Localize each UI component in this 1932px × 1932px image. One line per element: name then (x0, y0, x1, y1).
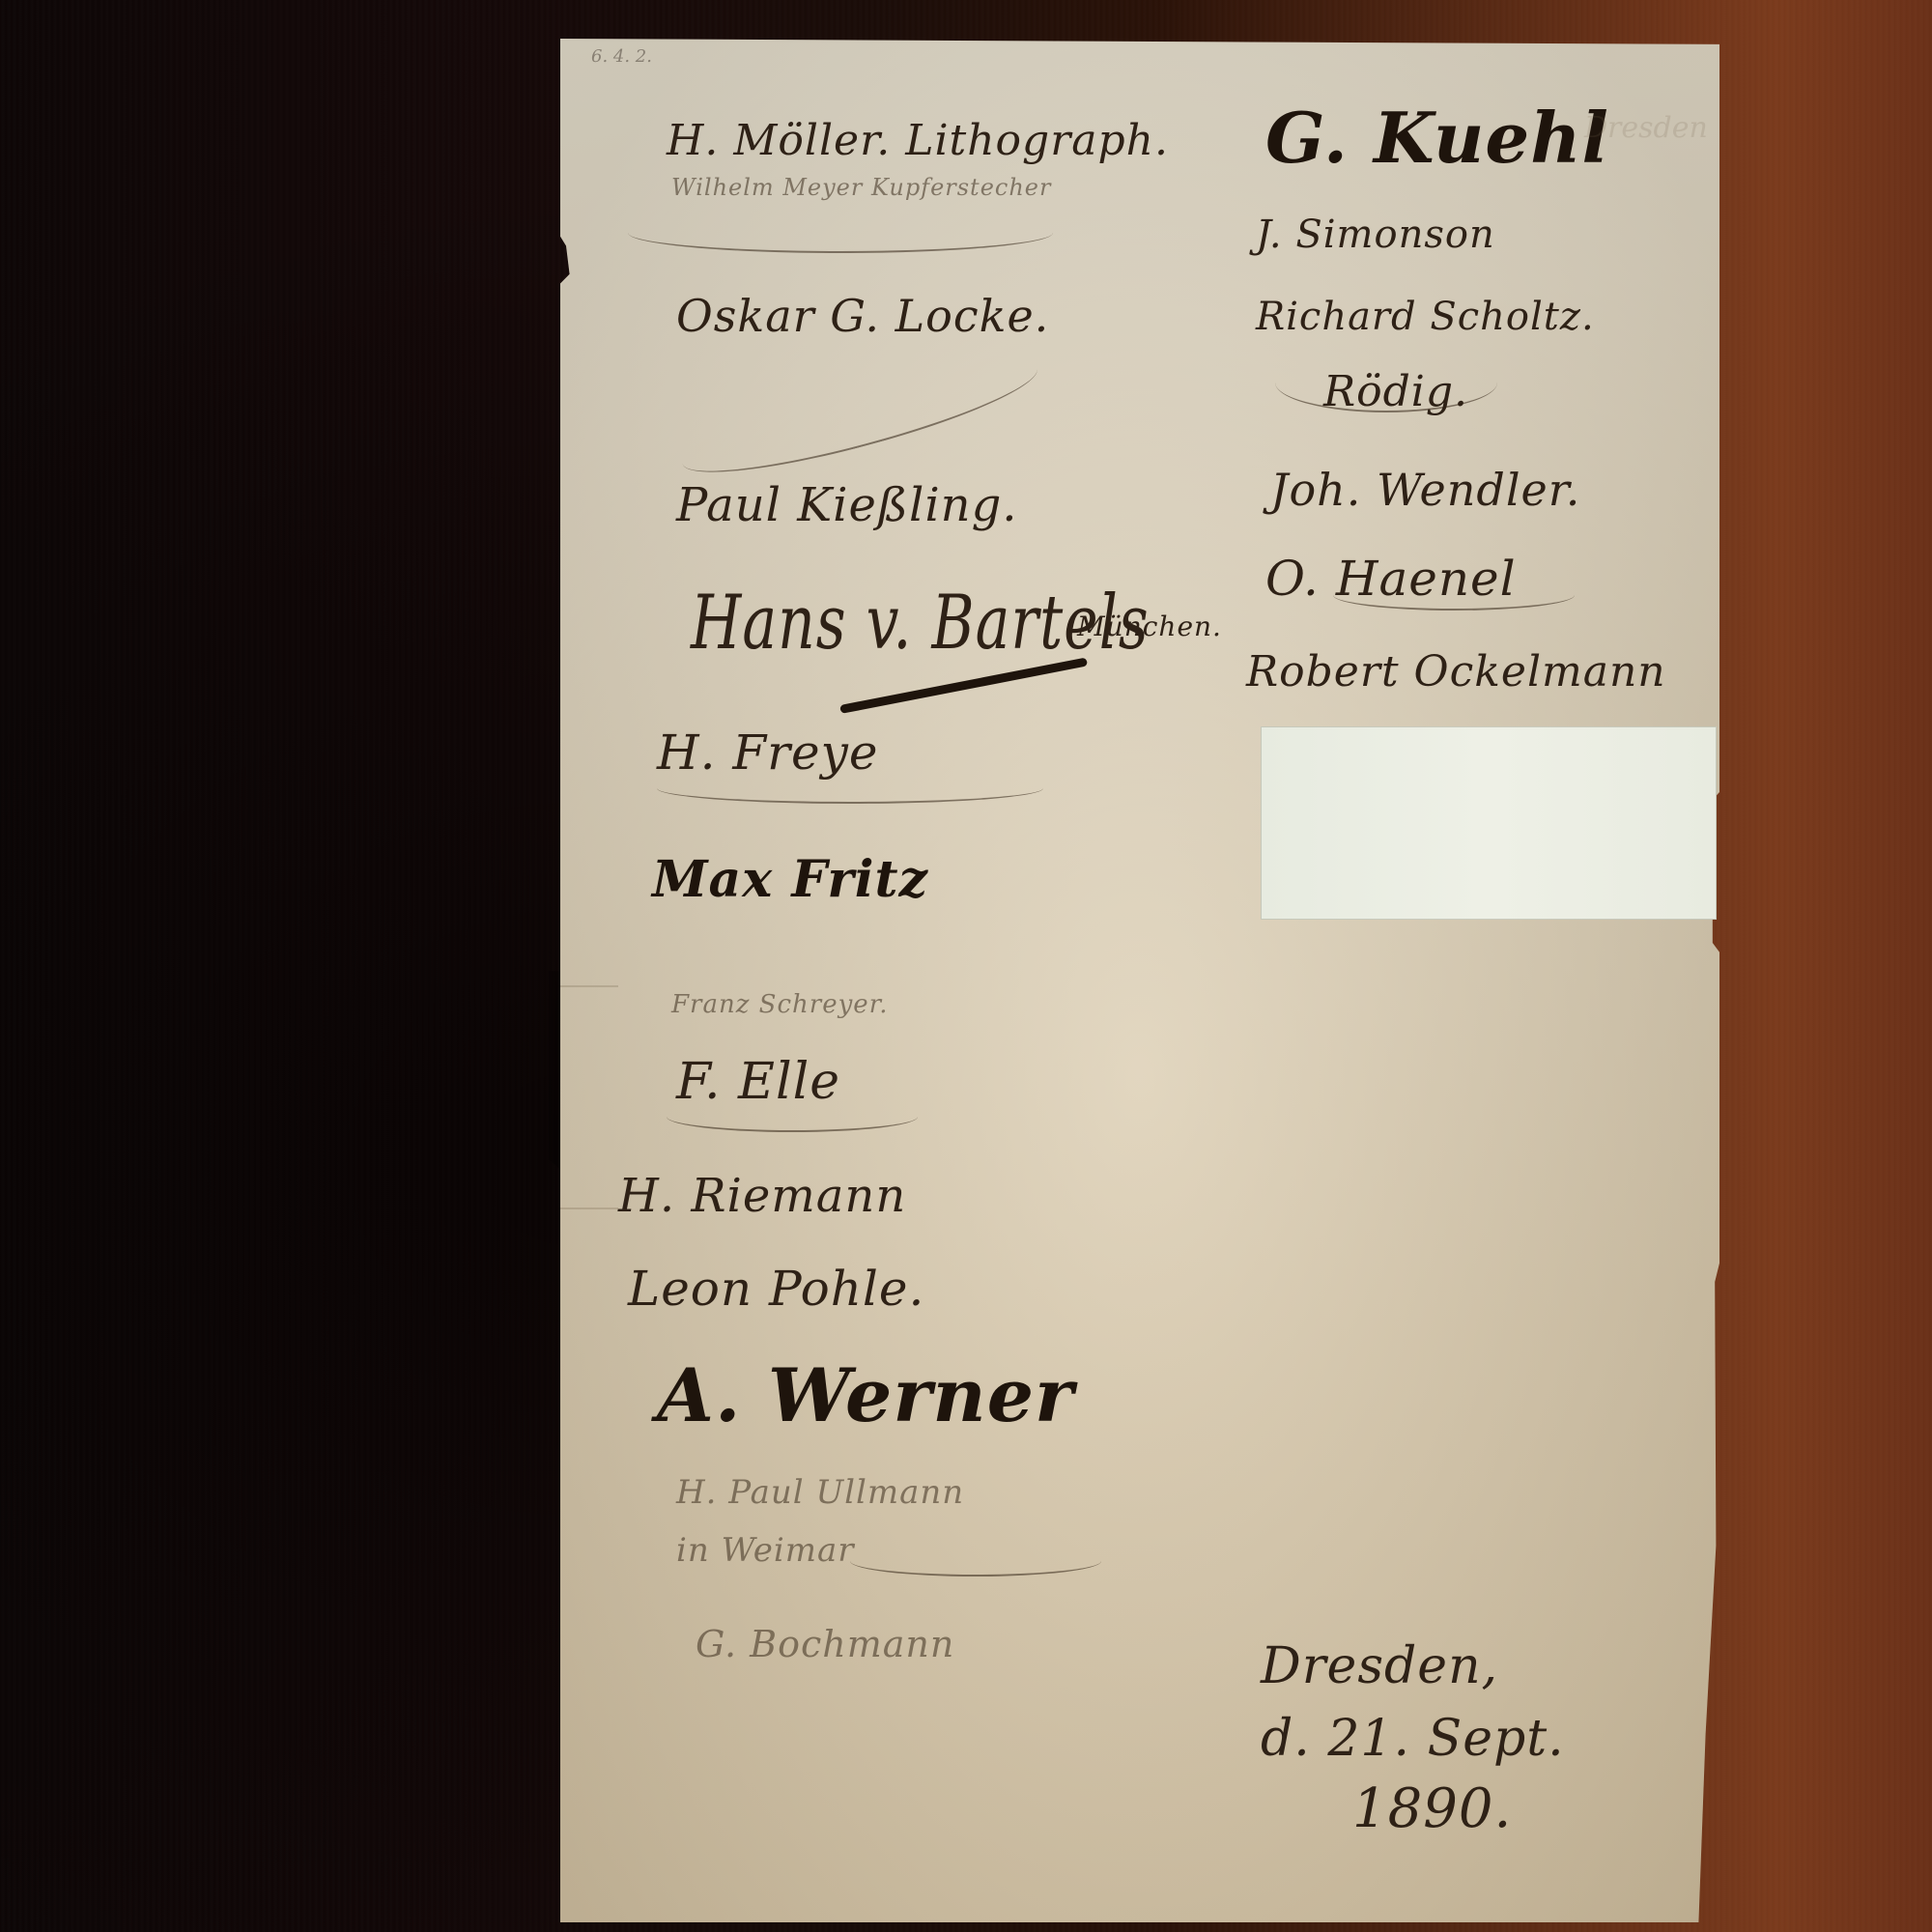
signature-kuehl: G. Kuehl (1265, 97, 1609, 179)
signature-place-muenchen: München. (1077, 611, 1222, 642)
fold-line (560, 985, 618, 987)
signature-ockelmann: Robert Ockelmann (1246, 647, 1666, 696)
pencil-note: 6. 4. 2. (591, 46, 652, 67)
date-text: d. 21. Sept. (1261, 1710, 1565, 1768)
flourish (1333, 580, 1575, 611)
flourish (850, 1546, 1101, 1577)
signature-pohle: Leon Pohle. (628, 1261, 924, 1317)
signature-bochmann: G. Bochmann (696, 1623, 954, 1665)
fold-line (560, 1207, 618, 1209)
signature-moeller: H. Möller. Lithograph. (667, 116, 1169, 165)
signature-scholtz: Richard Scholtz. (1256, 295, 1595, 339)
flourish (1275, 353, 1497, 412)
blank-paper-label (1261, 726, 1717, 920)
signature-fritz: Max Fritz (652, 850, 928, 909)
year-text: 1890. (1352, 1777, 1512, 1840)
signature-riemann: H. Riemann (618, 1169, 906, 1223)
signature-wendler: Joh. Wendler. (1270, 464, 1580, 516)
flourish (667, 1101, 918, 1132)
signature-meyer: Wilhelm Meyer Kupferstecher (671, 174, 1051, 201)
flourish (628, 213, 1053, 253)
signature-simonson: J. Simonson (1256, 213, 1495, 257)
place-text: Dresden, (1261, 1637, 1498, 1695)
flourish (657, 773, 1043, 804)
signature-place-weimar: in Weimar (676, 1531, 855, 1570)
ghost-text: Dresden (1584, 111, 1708, 145)
signature-ullmann: H. Paul Ullmann (676, 1473, 964, 1512)
signature-kiessling: Paul Kießling. (676, 478, 1018, 532)
signature-werner: A. Werner (657, 1352, 1074, 1438)
signature-schreyer: Franz Schreyer. (671, 990, 889, 1019)
signature-locke: Oskar G. Locke. (676, 290, 1049, 342)
